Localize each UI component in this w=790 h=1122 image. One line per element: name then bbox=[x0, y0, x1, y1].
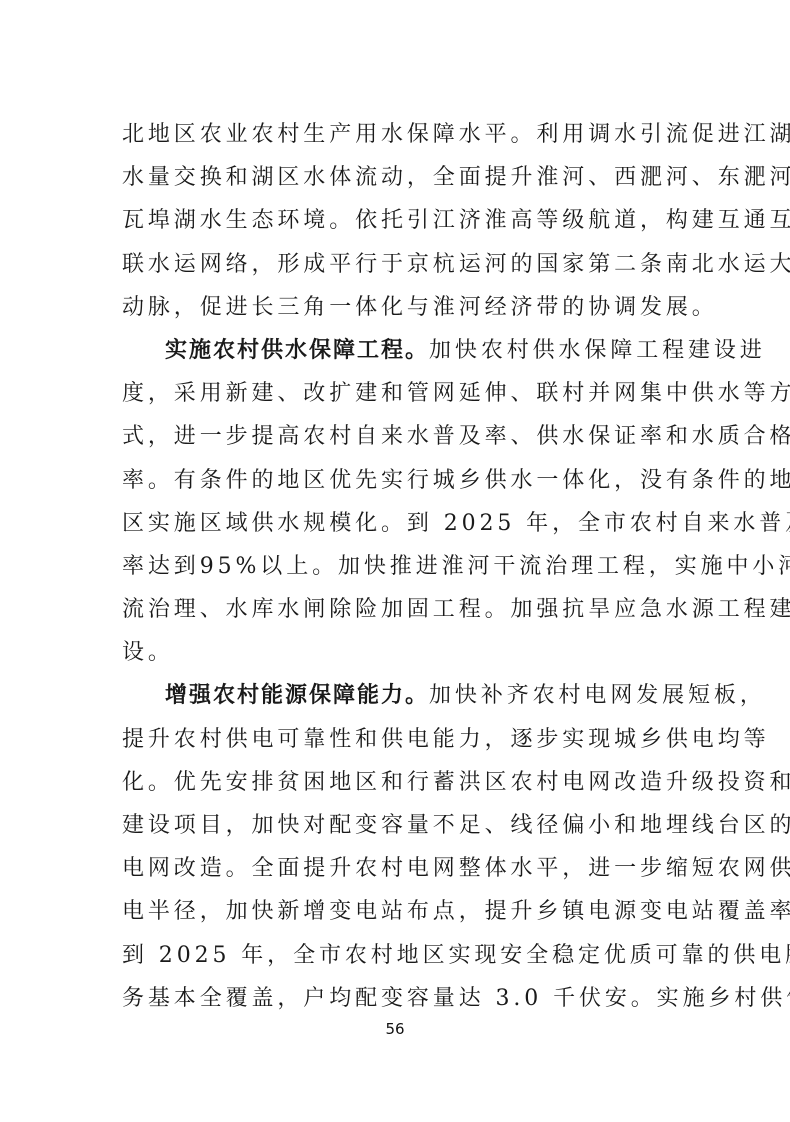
text-line: 北地区农业农村生产用水保障水平。利用调水引流促进江湖 bbox=[122, 113, 670, 156]
text-line: 水量交换和湖区水体流动，全面提升淮河、西淝河、东淝河、 bbox=[122, 156, 670, 199]
text-line: 建设项目，加快对配变容量不足、线径偏小和地埋线台区的 bbox=[122, 804, 670, 847]
text-line: 流治理、水库水闸除险加固工程。加强抗旱应急水源工程建 bbox=[122, 588, 670, 631]
text-span: 加快农村供水保障工程建设进 bbox=[429, 338, 766, 363]
document-body: 北地区农业农村生产用水保障水平。利用调水引流促进江湖 水量交换和湖区水体流动，全… bbox=[122, 113, 670, 1020]
page-number: 56 bbox=[0, 1020, 790, 1038]
text-line: 联水运网络，形成平行于京杭运河的国家第二条南北水运大 bbox=[122, 243, 670, 286]
text-line: 度，采用新建、改扩建和管网延伸、联村并网集中供水等方 bbox=[122, 372, 670, 415]
paragraph-heading: 增强农村能源保障能力。 bbox=[165, 683, 429, 708]
text-line: 率达到95%以上。加快推进淮河干流治理工程，实施中小河 bbox=[122, 545, 670, 588]
text-line: 动脉，促进长三角一体化与淮河经济带的协调发展。 bbox=[122, 286, 670, 329]
text-line: 式，进一步提高农村自来水普及率、供水保证率和水质合格 bbox=[122, 415, 670, 458]
text-line: 电半径，加快新增变电站布点，提升乡镇电源变电站覆盖率。 bbox=[122, 890, 670, 933]
paragraph-heading: 实施农村供水保障工程。 bbox=[165, 338, 429, 363]
paragraph-first-line: 实施农村供水保障工程。加快农村供水保障工程建设进 bbox=[122, 329, 670, 372]
text-span: 加快补齐农村电网发展短板， bbox=[429, 683, 766, 708]
text-line: 化。优先安排贫困地区和行蓄洪区农村电网改造升级投资和 bbox=[122, 761, 670, 804]
text-line: 区实施区域供水规模化。到 2025 年，全市农村自来水普及 bbox=[122, 502, 670, 545]
text-line: 提升农村供电可靠性和供电能力，逐步实现城乡供电均等 bbox=[122, 718, 670, 761]
text-line: 务基本全覆盖，户均配变容量达 3.0 千伏安。实施乡村供气 bbox=[122, 977, 670, 1020]
text-line: 设。 bbox=[122, 631, 670, 674]
text-line: 率。有条件的地区优先实行城乡供水一体化，没有条件的地 bbox=[122, 459, 670, 502]
text-line: 到 2025 年，全市农村地区实现安全稳定优质可靠的供电服 bbox=[122, 934, 670, 977]
text-line: 瓦埠湖水生态环境。依托引江济淮高等级航道，构建互通互 bbox=[122, 199, 670, 242]
paragraph-first-line: 增强农村能源保障能力。加快补齐农村电网发展短板， bbox=[122, 674, 670, 717]
text-line: 电网改造。全面提升农村电网整体水平，进一步缩短农网供 bbox=[122, 847, 670, 890]
